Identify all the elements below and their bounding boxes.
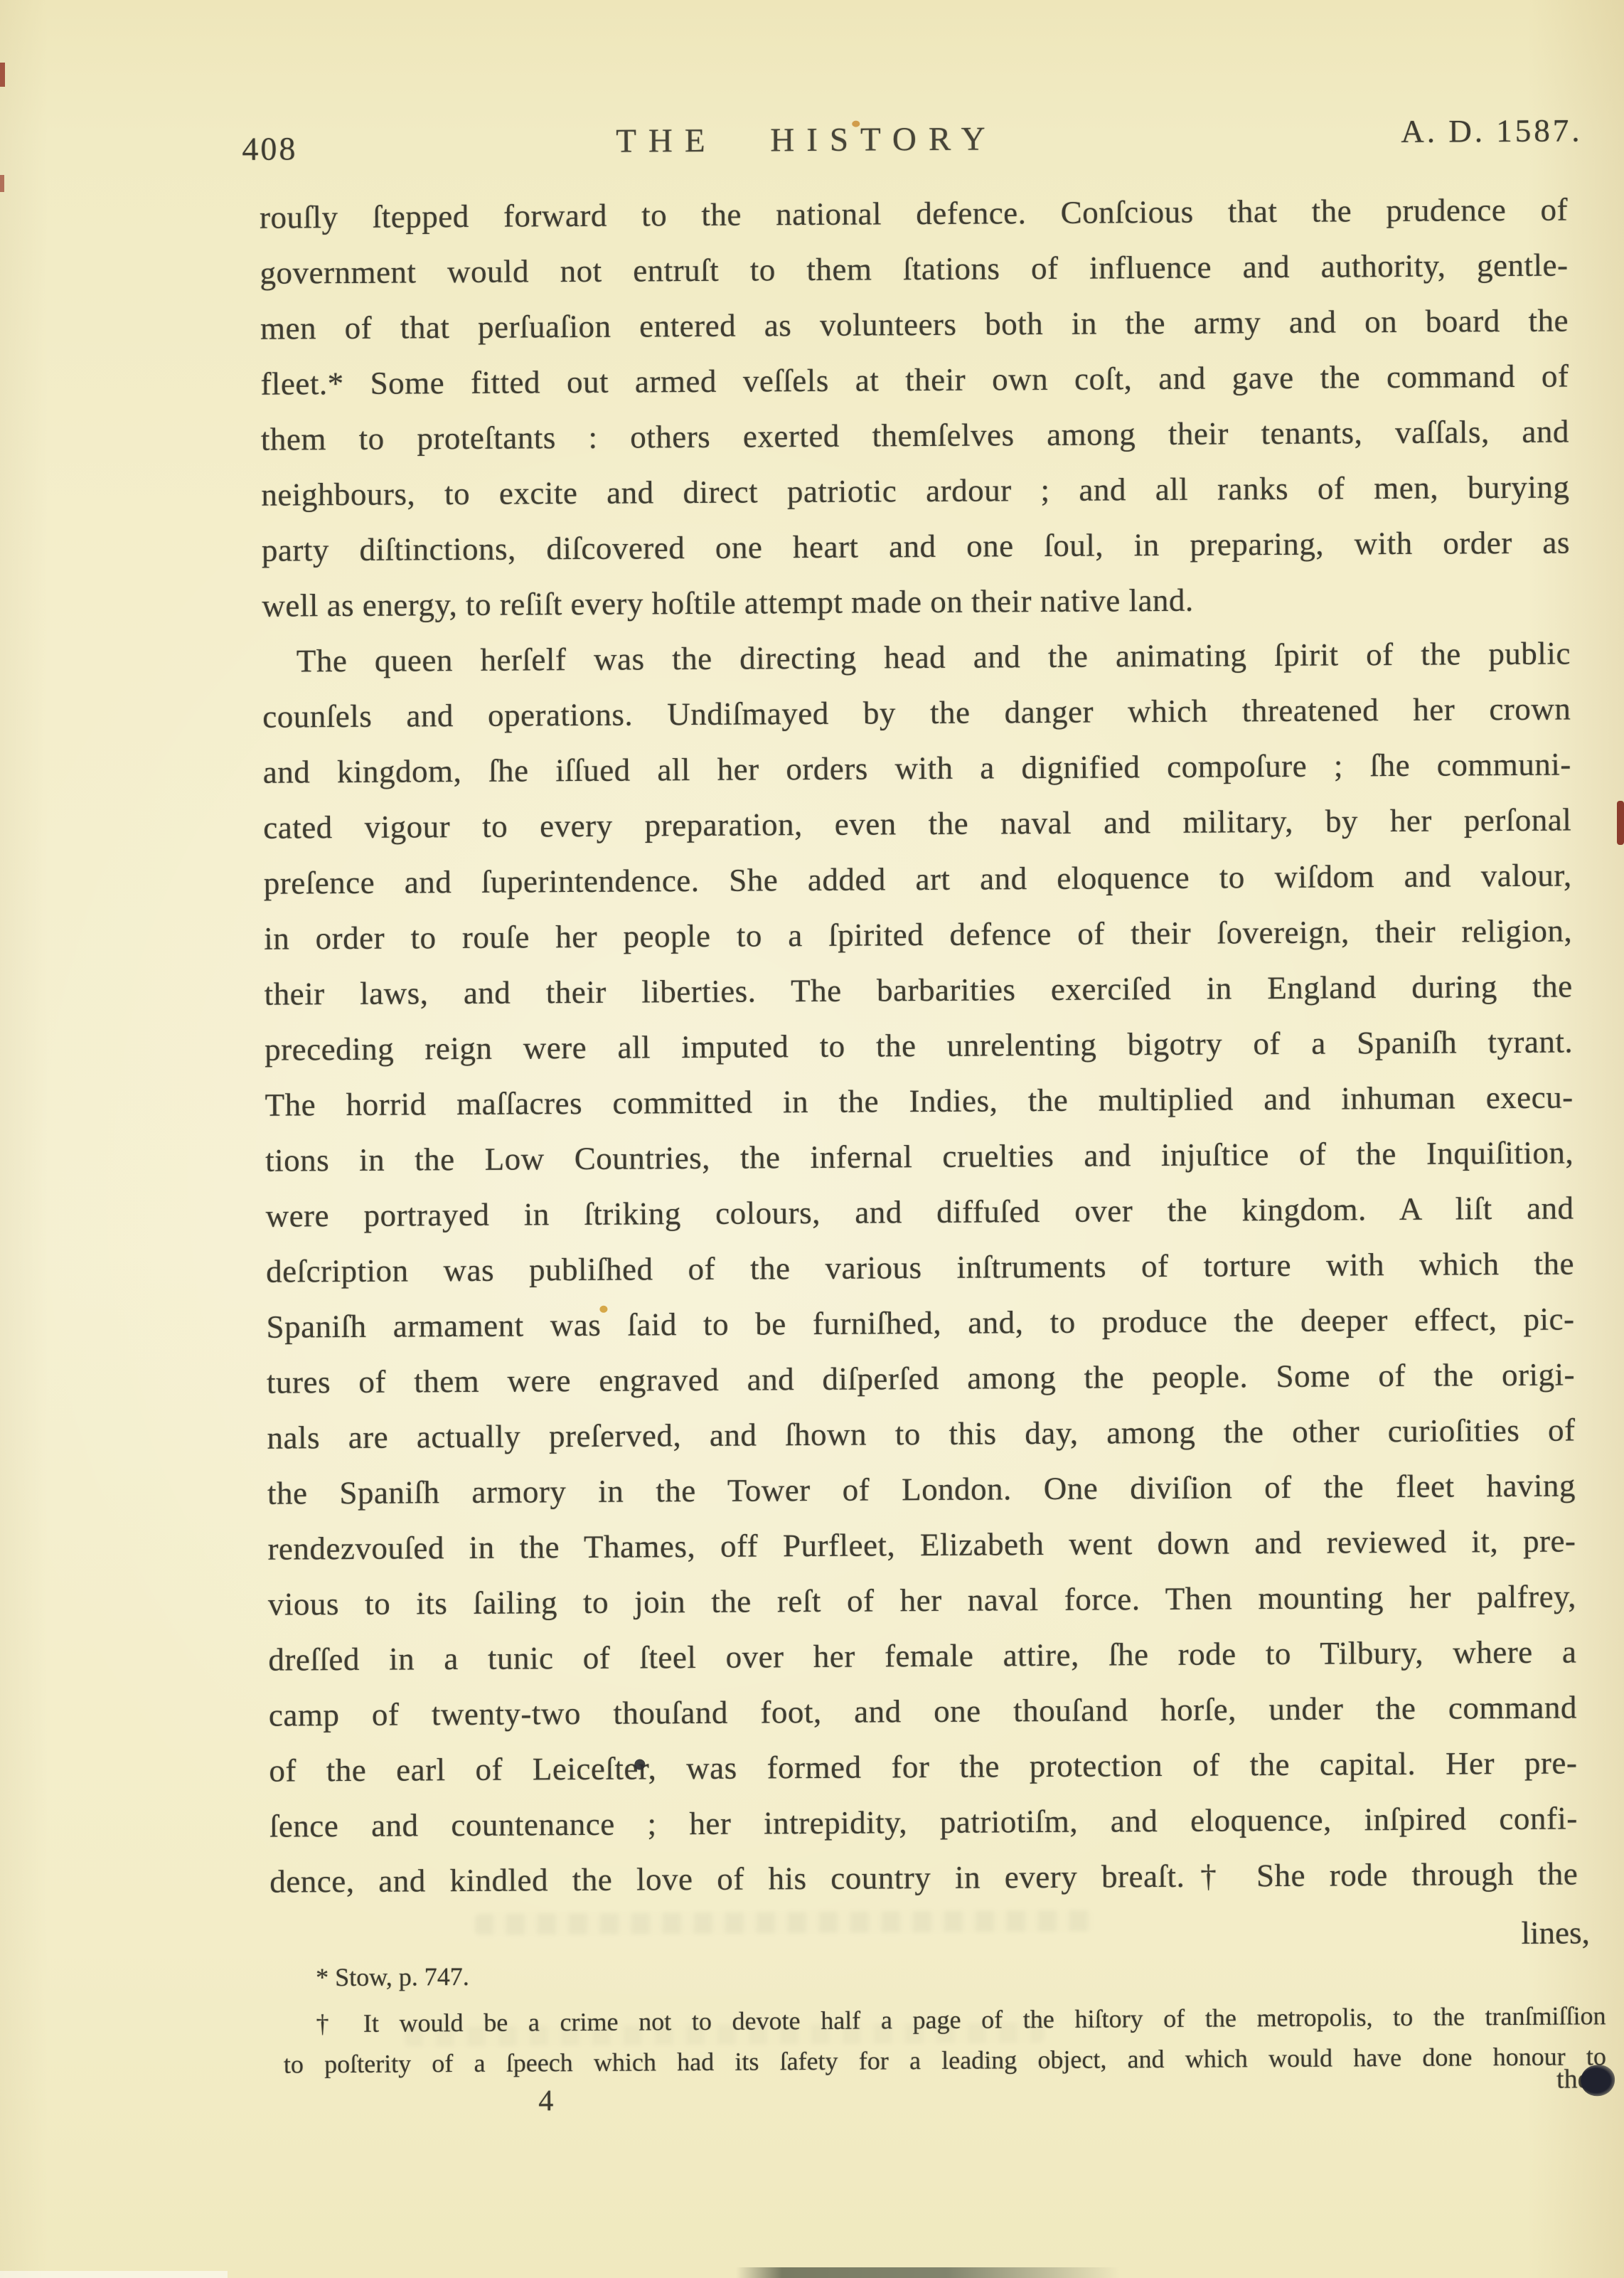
text-line: of the earl of Leiceſter, was formed for… [269,1735,1577,1798]
text-line: The horrid maſſacres committed in the In… [265,1069,1573,1132]
marginal-date: A. D. 1587. [1401,112,1583,150]
text-line: preceding reign were all imputed to the … [265,1013,1573,1077]
page-catchword: the [1556,2063,1590,2095]
running-title: THE HISTORY [0,116,1619,164]
text-line: tures of them were engraved and diſperſe… [267,1346,1575,1410]
text-line: deſcription was publiſhed of the various… [266,1235,1574,1299]
text-line: nals are actually preſerved, and ſhown t… [267,1402,1575,1465]
text-line: their laws, and their liberties. The bar… [264,958,1572,1021]
text-line: ſence and countenance ; her intrepidity,… [269,1790,1578,1853]
body-text: rouſly ſtepped forward to the national d… [260,181,1578,1909]
text-line: government would not entruſt to them ſta… [260,237,1568,300]
text-line: fleet.* Some fitted out armed veſſels at… [260,348,1569,411]
text-line: dence, and kindled the love of his count… [269,1846,1578,1909]
signature-mark: 4 [538,2084,553,2118]
book-page-scan: 408 THE HISTORY A. D. 1587. rouſly ſtepp… [0,0,1624,2278]
text-line: tions in the Low Countries, the infernal… [265,1124,1574,1188]
text-line: men of that perſuaſion entered as volunt… [260,292,1569,356]
ink-blot [1581,2065,1615,2096]
text-line: and kingdom, ſhe iſſued all her orders w… [263,736,1571,799]
text-line: neighbours, to excite and direct patriot… [261,459,1569,522]
page-content: 408 THE HISTORY A. D. 1587. rouſly ſtepp… [0,0,1624,2278]
footnote-dagger-line-2: to poſterity of a ſpeech which had its ſ… [284,2036,1606,2085]
text-line: camp of twenty-two thouſand foot, and on… [269,1679,1577,1742]
text-line: Spaniſh armament was ſaid to be furniſhe… [266,1291,1574,1354]
text-line: well as energy, to reſiſt every hoſtile … [262,570,1570,633]
footnote-stow: * Stow, p. 747. [283,1949,1606,1998]
text-line: The queen herſelf was the directing head… [262,625,1571,688]
text-line: rendezvouſed in the Thames, off Purfleet… [267,1513,1576,1576]
text-line: party diſtinctions, diſcovered one heart… [262,514,1570,578]
text-line: cated vigour to every preparation, even … [263,792,1571,855]
text-line: them to proteſtants : others exerted the… [261,403,1569,467]
text-line: vious to its ſailing to join the reſt of… [268,1568,1576,1632]
text-line: rouſly ſtepped forward to the national d… [260,181,1568,245]
footnotes: * Stow, p. 747. † It would be a crime no… [283,1949,1606,2085]
text-line: counſels and operations. Undiſmayed by t… [262,681,1571,744]
text-line: in order to rouſe her people to a ſpirit… [264,903,1572,966]
text-line: dreſſed in a tunic of ſteel over her fem… [268,1624,1576,1687]
text-line: preſence and ſuperintendence. She added … [264,847,1572,910]
text-line: were portrayed in ſtriking colours, and … [265,1180,1574,1243]
text-line: the Spaniſh armory in the Tower of Londo… [267,1457,1576,1521]
